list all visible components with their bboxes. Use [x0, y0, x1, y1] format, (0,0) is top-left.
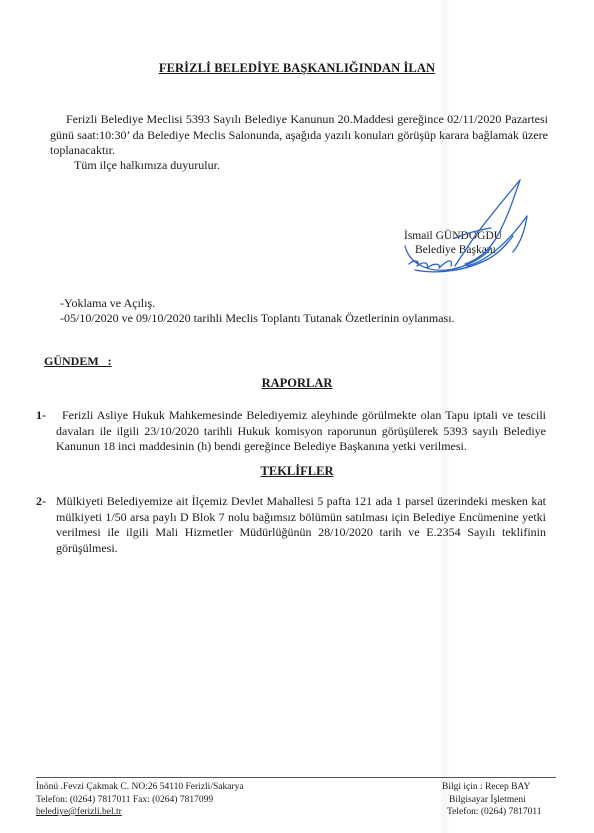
footer-contact-phone: Telefon: (0264) 7817011: [442, 806, 542, 819]
footer-address-block: İnönü .Fevzi Çakmak C. NO:26 54110 Feriz…: [36, 781, 244, 819]
intro-line: toplanacaktır.: [50, 143, 548, 159]
handwritten-signature-icon: [395, 178, 535, 278]
agenda-item: 2- Mülkiyeti Belediyemize ait İlçemiz De…: [36, 494, 546, 556]
footer-divider: [36, 777, 556, 778]
signatory-name: İsmail GÜNDOĞDU: [404, 229, 502, 243]
agenda-item-number: 1-: [36, 408, 46, 424]
signature-block: İsmail GÜNDOĞDU Belediye Başkanı: [404, 229, 502, 257]
footer-contact-block: Bilgi için : Recep BAY Bilgisayar İşletm…: [442, 781, 542, 819]
announcement-text: Tüm ilçe halkımıza duyurulur.: [74, 158, 220, 173]
agenda-item-line: Mülkiyeti Belediyemize ait İlçemiz Devle…: [56, 494, 546, 510]
footer-phone-fax: Telefon: (0264) 7817011 Fax: (0264) 7817…: [36, 794, 244, 807]
opening-item: -Yoklama ve Açılış.: [60, 296, 455, 311]
intro-line: Ferizli Belediye Meclisi 5393 Sayılı Bel…: [50, 112, 548, 128]
agenda-heading: GÜNDEM :: [44, 354, 112, 369]
document-title: FERİZLİ BELEDİYE BAŞKANLIĞINDAN İLAN: [0, 61, 594, 76]
agenda-item-text: Mülkiyeti Belediyemize ait İlçemiz Devle…: [56, 494, 546, 556]
footer-address: İnönü .Fevzi Çakmak C. NO:26 54110 Feriz…: [36, 781, 244, 794]
agenda-item-line: Ferizli Asliye Hukuk Mahkemesinde Beledi…: [56, 408, 546, 424]
agenda-item-number: 2-: [36, 494, 46, 510]
footer-contact-label: Bilgi için : Recep BAY: [442, 781, 542, 794]
opening-item: -05/10/2020 ve 09/10/2020 tarihli Meclis…: [60, 311, 455, 326]
footer-email-link[interactable]: belediye@ferizli.bel.tr: [36, 807, 122, 817]
agenda-item-text: Ferizli Asliye Hukuk Mahkemesinde Beledi…: [56, 408, 546, 455]
agenda-item-line: görüşülmesi.: [56, 541, 546, 557]
agenda-item-line: mülkiyeti 1/50 arsa paylı D Blok 7 nolu …: [56, 510, 546, 526]
agenda-item-line: davaları ile ilgili 23/10/2020 tarihli H…: [56, 424, 546, 440]
agenda-item: 1- Ferizli Asliye Hukuk Mahkemesinde Bel…: [36, 408, 546, 455]
agenda-item-line: Kanunun 18 inci maddesinin (h) bendi ger…: [56, 439, 546, 455]
opening-items: -Yoklama ve Açılış. -05/10/2020 ve 09/10…: [60, 296, 455, 326]
agenda-item-line: verilmesi ile ilgili Mali Hizmetler Müdü…: [56, 525, 546, 541]
signatory-role: Belediye Başkanı: [404, 243, 502, 257]
intro-line: günü saat:10:30’ da Belediye Meclis Salo…: [50, 128, 548, 144]
section-heading-teklifler: TEKLİFLER: [0, 464, 594, 479]
document-page: FERİZLİ BELEDİYE BAŞKANLIĞINDAN İLAN Fer…: [0, 0, 594, 833]
footer-contact-title: Bilgisayar İşletmeni: [442, 794, 542, 807]
section-heading-raporlar: RAPORLAR: [0, 376, 594, 391]
intro-paragraph: Ferizli Belediye Meclisi 5393 Sayılı Bel…: [50, 112, 548, 159]
